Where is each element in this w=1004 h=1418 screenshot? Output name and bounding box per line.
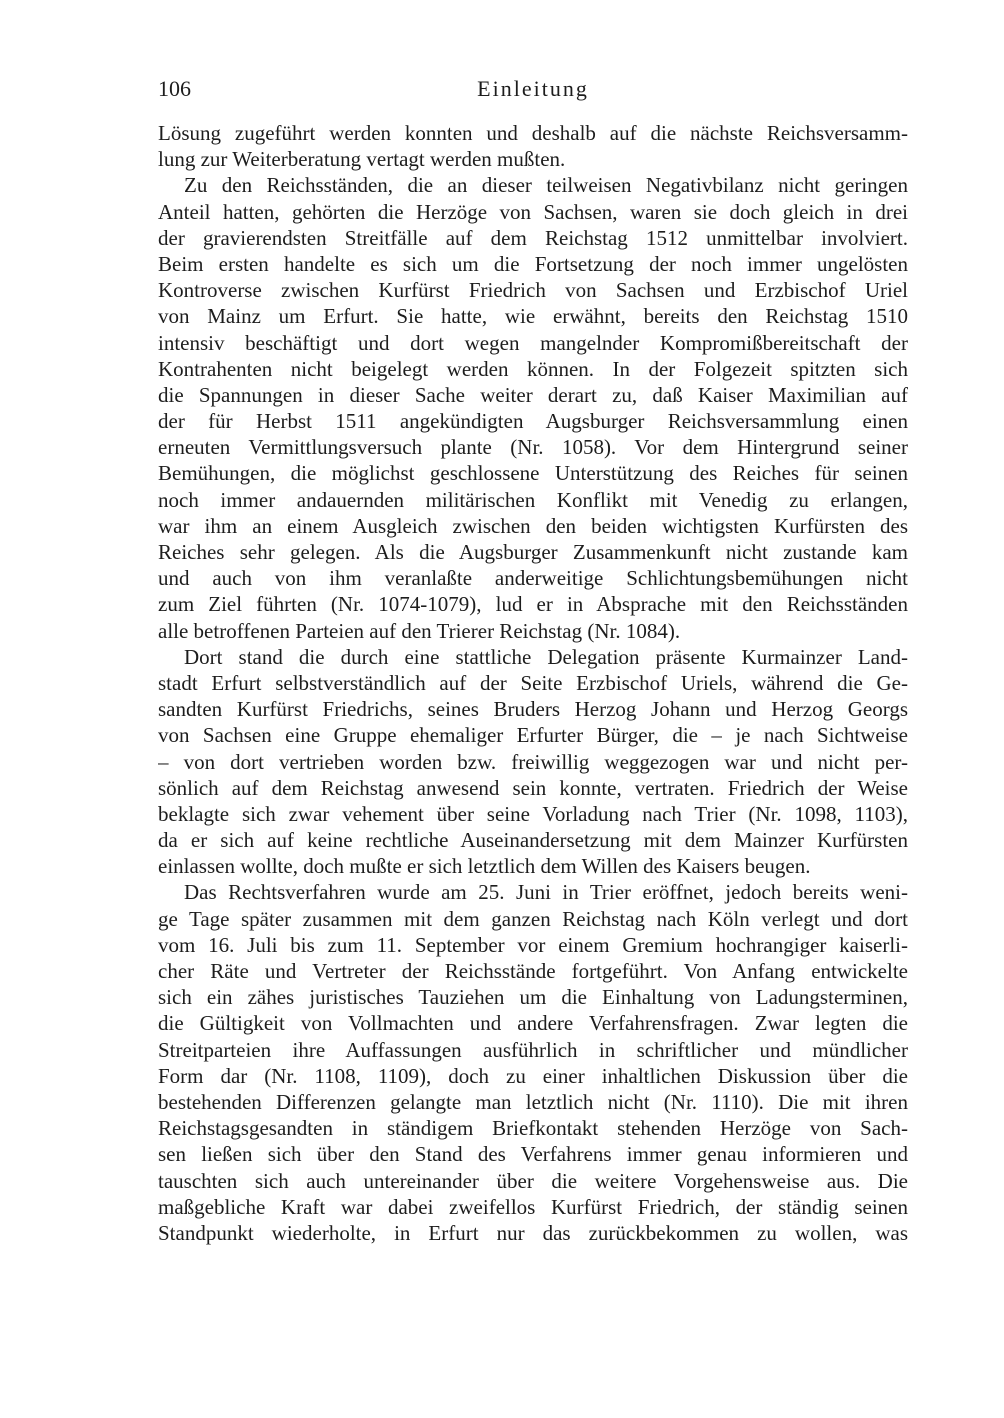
running-title: Einleitung (158, 76, 908, 102)
text-line: war ihm an einem Ausgleich zwischen den … (158, 513, 908, 539)
text-line: Kontrahenten nicht beigelegt werden könn… (158, 356, 908, 382)
text-line: da er sich auf keine rechtliche Auseinan… (158, 827, 908, 853)
text-line: Reiches sehr gelegen. Als die Augsburger… (158, 539, 908, 565)
text-line: sandten Kurfürst Friedrichs, seines Brud… (158, 696, 908, 722)
page-number: 106 (158, 76, 191, 102)
text-line: tauschten sich auch untereinander über d… (158, 1168, 908, 1194)
text-line: lung zur Weiterberatung vertagt werden m… (158, 146, 908, 172)
text-line: und auch von ihm veranlaßte anderweitige… (158, 565, 908, 591)
text-line: cher Räte und Vertreter der Reichsstände… (158, 958, 908, 984)
running-header: 106 Einleitung (158, 76, 908, 106)
text-line: sen ließen sich über den Stand des Verfa… (158, 1141, 908, 1167)
text-line: bestehenden Differenzen gelangte man let… (158, 1089, 908, 1115)
text-line: noch immer andauernden militärischen Kon… (158, 487, 908, 513)
book-page: 106 Einleitung Lösung zugeführt werden k… (0, 0, 1004, 1418)
text-line: die Spannungen in dieser Sache weiter de… (158, 382, 908, 408)
text-line: Form dar (Nr. 1108, 1109), doch zu einer… (158, 1063, 908, 1089)
text-line: Reichstagsgesandten in ständigem Briefko… (158, 1115, 908, 1141)
text-line: einlassen wollte, doch mußte er sich let… (158, 853, 908, 879)
text-line: sich ein zähes juristisches Tauziehen um… (158, 984, 908, 1010)
text-line: Beim ersten handelte es sich um die Fort… (158, 251, 908, 277)
text-line: vom 16. Juli bis zum 11. September vor e… (158, 932, 908, 958)
text-line: von Sachsen eine Gruppe ehemaliger Erfur… (158, 722, 908, 748)
text-line: Anteil hatten, gehörten die Herzöge von … (158, 199, 908, 225)
text-line: erneuten Vermittlungsversuch plante (Nr.… (158, 434, 908, 460)
text-line: – von dort vertrieben worden bzw. freiwi… (158, 749, 908, 775)
text-line: ge Tage später zusammen mit dem ganzen R… (158, 906, 908, 932)
text-line: Standpunkt wiederholte, in Erfurt nur da… (158, 1220, 908, 1246)
text-line: Zu den Reichsständen, die an dieser teil… (158, 172, 908, 198)
text-line: die Gültigkeit von Vollmachten und ander… (158, 1010, 908, 1036)
text-line: Bemühungen, die möglichst geschlossene U… (158, 460, 908, 486)
text-line: Streitparteien ihre Auffassungen ausführ… (158, 1037, 908, 1063)
text-line: Dort stand die durch eine stattliche Del… (158, 644, 908, 670)
text-line: alle betroffenen Parteien auf den Triere… (158, 618, 908, 644)
page-body: Lösung zugeführt werden konnten und desh… (158, 120, 908, 1246)
text-line: der gravierendsten Streitfälle auf dem R… (158, 225, 908, 251)
text-line: zum Ziel führten (Nr. 1074-1079), lud er… (158, 591, 908, 617)
text-line: stadt Erfurt selbstverständlich auf der … (158, 670, 908, 696)
text-line: der für Herbst 1511 angekündigten Augsbu… (158, 408, 908, 434)
text-line: sönlich auf dem Reichstag anwesend sein … (158, 775, 908, 801)
text-line: Lösung zugeführt werden konnten und desh… (158, 120, 908, 146)
text-line: Kontroverse zwischen Kurfürst Friedrich … (158, 277, 908, 303)
text-line: von Mainz um Erfurt. Sie hatte, wie erwä… (158, 303, 908, 329)
text-line: Das Rechtsverfahren wurde am 25. Juni in… (158, 879, 908, 905)
text-line: intensiv beschäftigt und dort wegen mang… (158, 330, 908, 356)
text-line: maßgebliche Kraft war dabei zweifellos K… (158, 1194, 908, 1220)
text-line: beklagte sich zwar vehement über seine V… (158, 801, 908, 827)
